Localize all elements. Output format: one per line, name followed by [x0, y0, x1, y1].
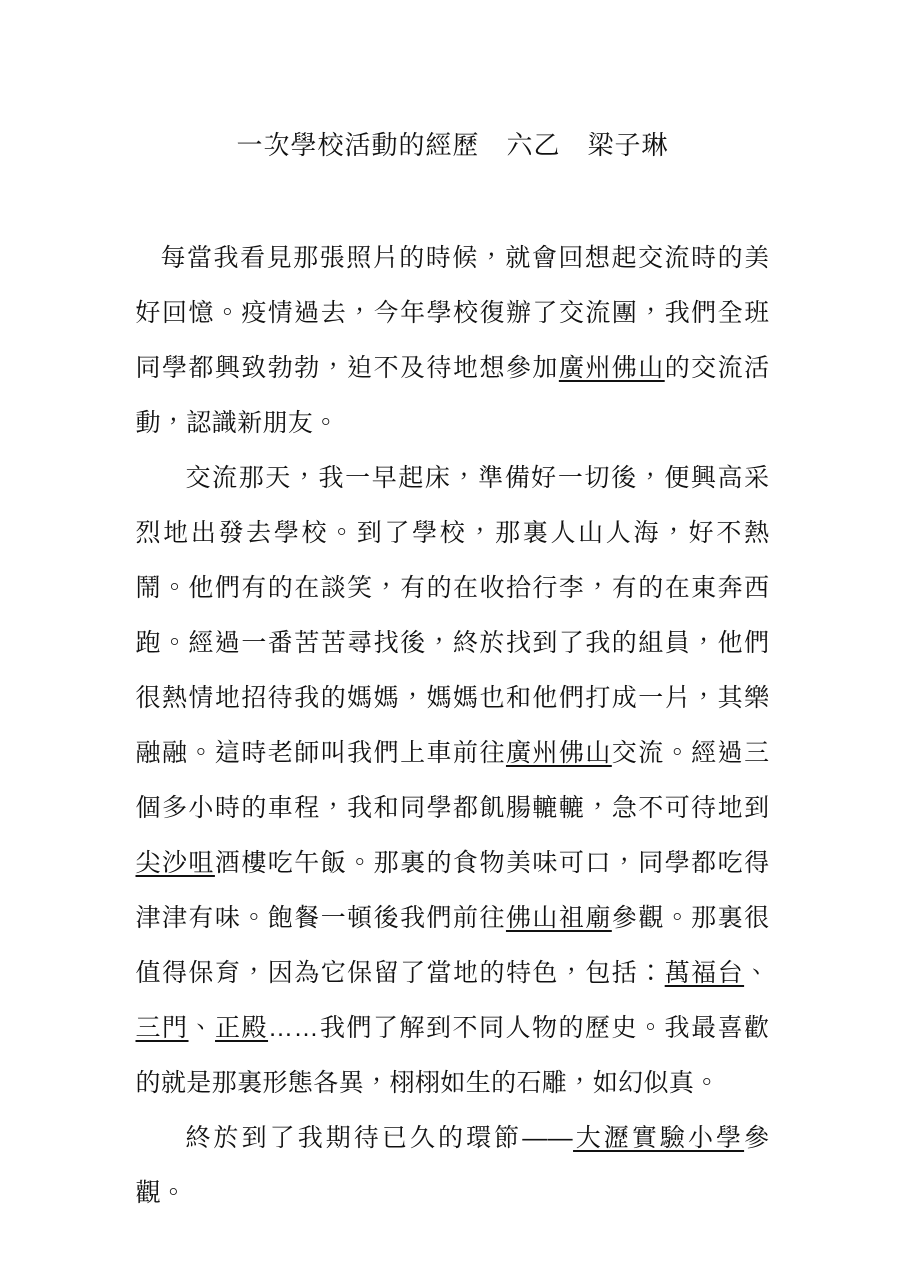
underlined-term: 廣州佛山	[559, 354, 665, 382]
text-run: 交流那天，我一早起床，準備好一切後，便興高采烈地出發去學校。到了學校，那裏人山人…	[136, 464, 770, 767]
text-run: 、	[744, 959, 769, 987]
underlined-term: 尖沙咀	[136, 849, 215, 877]
underlined-term: 正殿	[215, 1014, 268, 1042]
essay-paragraph-2: 交流那天，我一早起床，準備好一切後，便興高采烈地出發去學校。到了學校，那裏人山人…	[136, 451, 770, 1111]
document-page: 一次學校活動的經歷 六乙 梁子琳 每當我看見那張照片的時候，就會回想起交流時的美…	[0, 0, 905, 1280]
essay-paragraph-3: 終於到了我期待已久的環節——大瀝實驗小學參觀。	[136, 1111, 770, 1221]
text-run: 、	[189, 1014, 216, 1042]
underlined-term: 三門	[136, 1014, 189, 1042]
essay-body: 每當我看見那張照片的時候，就會回想起交流時的美好回憶。疫情過去，今年學校復辦了交…	[136, 231, 770, 1221]
underlined-term: 萬福台	[665, 959, 744, 987]
essay-title: 一次學校活動的經歷 六乙 梁子琳	[0, 128, 905, 162]
underlined-term: 廣州佛山	[506, 739, 612, 767]
underlined-term: 佛山祖廟	[506, 904, 612, 932]
essay-paragraph-1: 每當我看見那張照片的時候，就會回想起交流時的美好回憶。疫情過去，今年學校復辦了交…	[136, 231, 770, 451]
underlined-term: 大瀝實驗小學	[573, 1124, 744, 1152]
text-run: 終於到了我期待已久的環節——	[186, 1124, 574, 1152]
